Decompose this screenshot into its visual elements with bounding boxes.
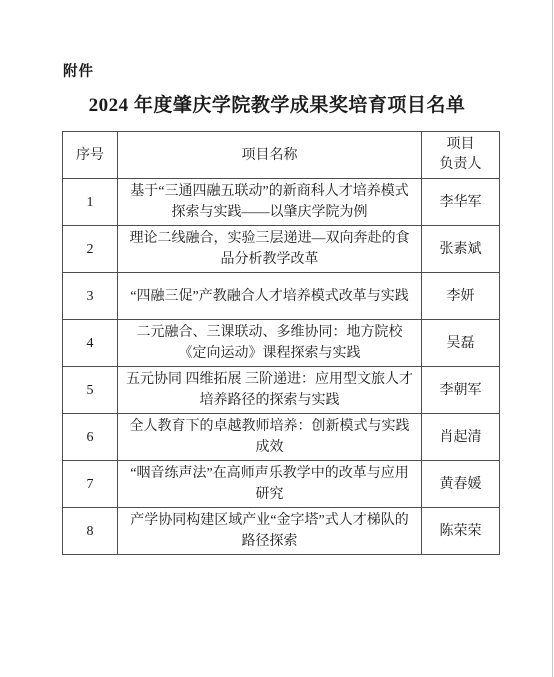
cell-leader: 李华军 xyxy=(422,179,500,226)
table-row: 7 “咽音练声法”在高师声乐教学中的改革与应用研究 黄春媛 xyxy=(63,461,500,508)
cell-no: 3 xyxy=(63,273,118,320)
projects-table: 序号 项目名称 项目 负责人 1 基于“三通四融五联动”的新商科人才培养模式探索… xyxy=(62,131,500,555)
cell-project-name: “咽音练声法”在高师声乐教学中的改革与应用研究 xyxy=(118,461,422,508)
cell-leader: 张素斌 xyxy=(422,226,500,273)
document-page: 附件 2024 年度肇庆学院教学成果奖培育项目名单 序号 项目名称 项目 负责人… xyxy=(0,0,554,677)
table-header-row: 序号 项目名称 项目 负责人 xyxy=(63,132,500,179)
table-row: 5 五元协同 四维拓展 三阶递进：应用型文旅人才培养路径的探索与实践 李朝军 xyxy=(63,367,500,414)
cell-no: 5 xyxy=(63,367,118,414)
cell-project-name: 产学协同构建区域产业“金字塔”式人才梯队的路径探索 xyxy=(118,508,422,555)
column-header-no: 序号 xyxy=(63,132,118,179)
page-edge-divider xyxy=(552,0,553,677)
table-row: 6 全人教育下的卓越教师培养：创新模式与实践成效 肖起清 xyxy=(63,414,500,461)
cell-project-name: 五元协同 四维拓展 三阶递进：应用型文旅人才培养路径的探索与实践 xyxy=(118,367,422,414)
cell-no: 1 xyxy=(63,179,118,226)
cell-no: 2 xyxy=(63,226,118,273)
cell-project-name: “四融三促”产教融合人才培养模式改革与实践 xyxy=(118,273,422,320)
attachment-label: 附件 xyxy=(63,60,94,81)
cell-no: 6 xyxy=(63,414,118,461)
cell-project-name: 二元融合、三课联动、多维协同：地方院校《定向运动》课程探索与实践 xyxy=(118,320,422,367)
cell-leader: 李妍 xyxy=(422,273,500,320)
table-row: 8 产学协同构建区域产业“金字塔”式人才梯队的路径探索 陈荣荣 xyxy=(63,508,500,555)
cell-project-name: 基于“三通四融五联动”的新商科人才培养模式探索与实践——以肇庆学院为例 xyxy=(118,179,422,226)
table-row: 2 理论二线融合，实验三层递进—双向奔赴的食品分析教学改革 张素斌 xyxy=(63,226,500,273)
cell-project-name: 理论二线融合，实验三层递进—双向奔赴的食品分析教学改革 xyxy=(118,226,422,273)
table-row: 4 二元融合、三课联动、多维协同：地方院校《定向运动》课程探索与实践 吴磊 xyxy=(63,320,500,367)
column-header-name: 项目名称 xyxy=(118,132,422,179)
column-header-leader-line2: 负责人 xyxy=(428,155,493,175)
cell-leader: 黄春媛 xyxy=(422,461,500,508)
cell-project-name: 全人教育下的卓越教师培养：创新模式与实践成效 xyxy=(118,414,422,461)
table-row: 1 基于“三通四融五联动”的新商科人才培养模式探索与实践——以肇庆学院为例 李华… xyxy=(63,179,500,226)
cell-leader: 吴磊 xyxy=(422,320,500,367)
table-row: 3 “四融三促”产教融合人才培养模式改革与实践 李妍 xyxy=(63,273,500,320)
column-header-leader-line1: 项目 xyxy=(428,135,493,155)
cell-leader: 肖起清 xyxy=(422,414,500,461)
cell-leader: 李朝军 xyxy=(422,367,500,414)
cell-leader: 陈荣荣 xyxy=(422,508,500,555)
cell-no: 8 xyxy=(63,508,118,555)
cell-no: 4 xyxy=(63,320,118,367)
column-header-leader: 项目 负责人 xyxy=(422,132,500,179)
cell-no: 7 xyxy=(63,461,118,508)
page-title: 2024 年度肇庆学院教学成果奖培育项目名单 xyxy=(40,90,514,117)
